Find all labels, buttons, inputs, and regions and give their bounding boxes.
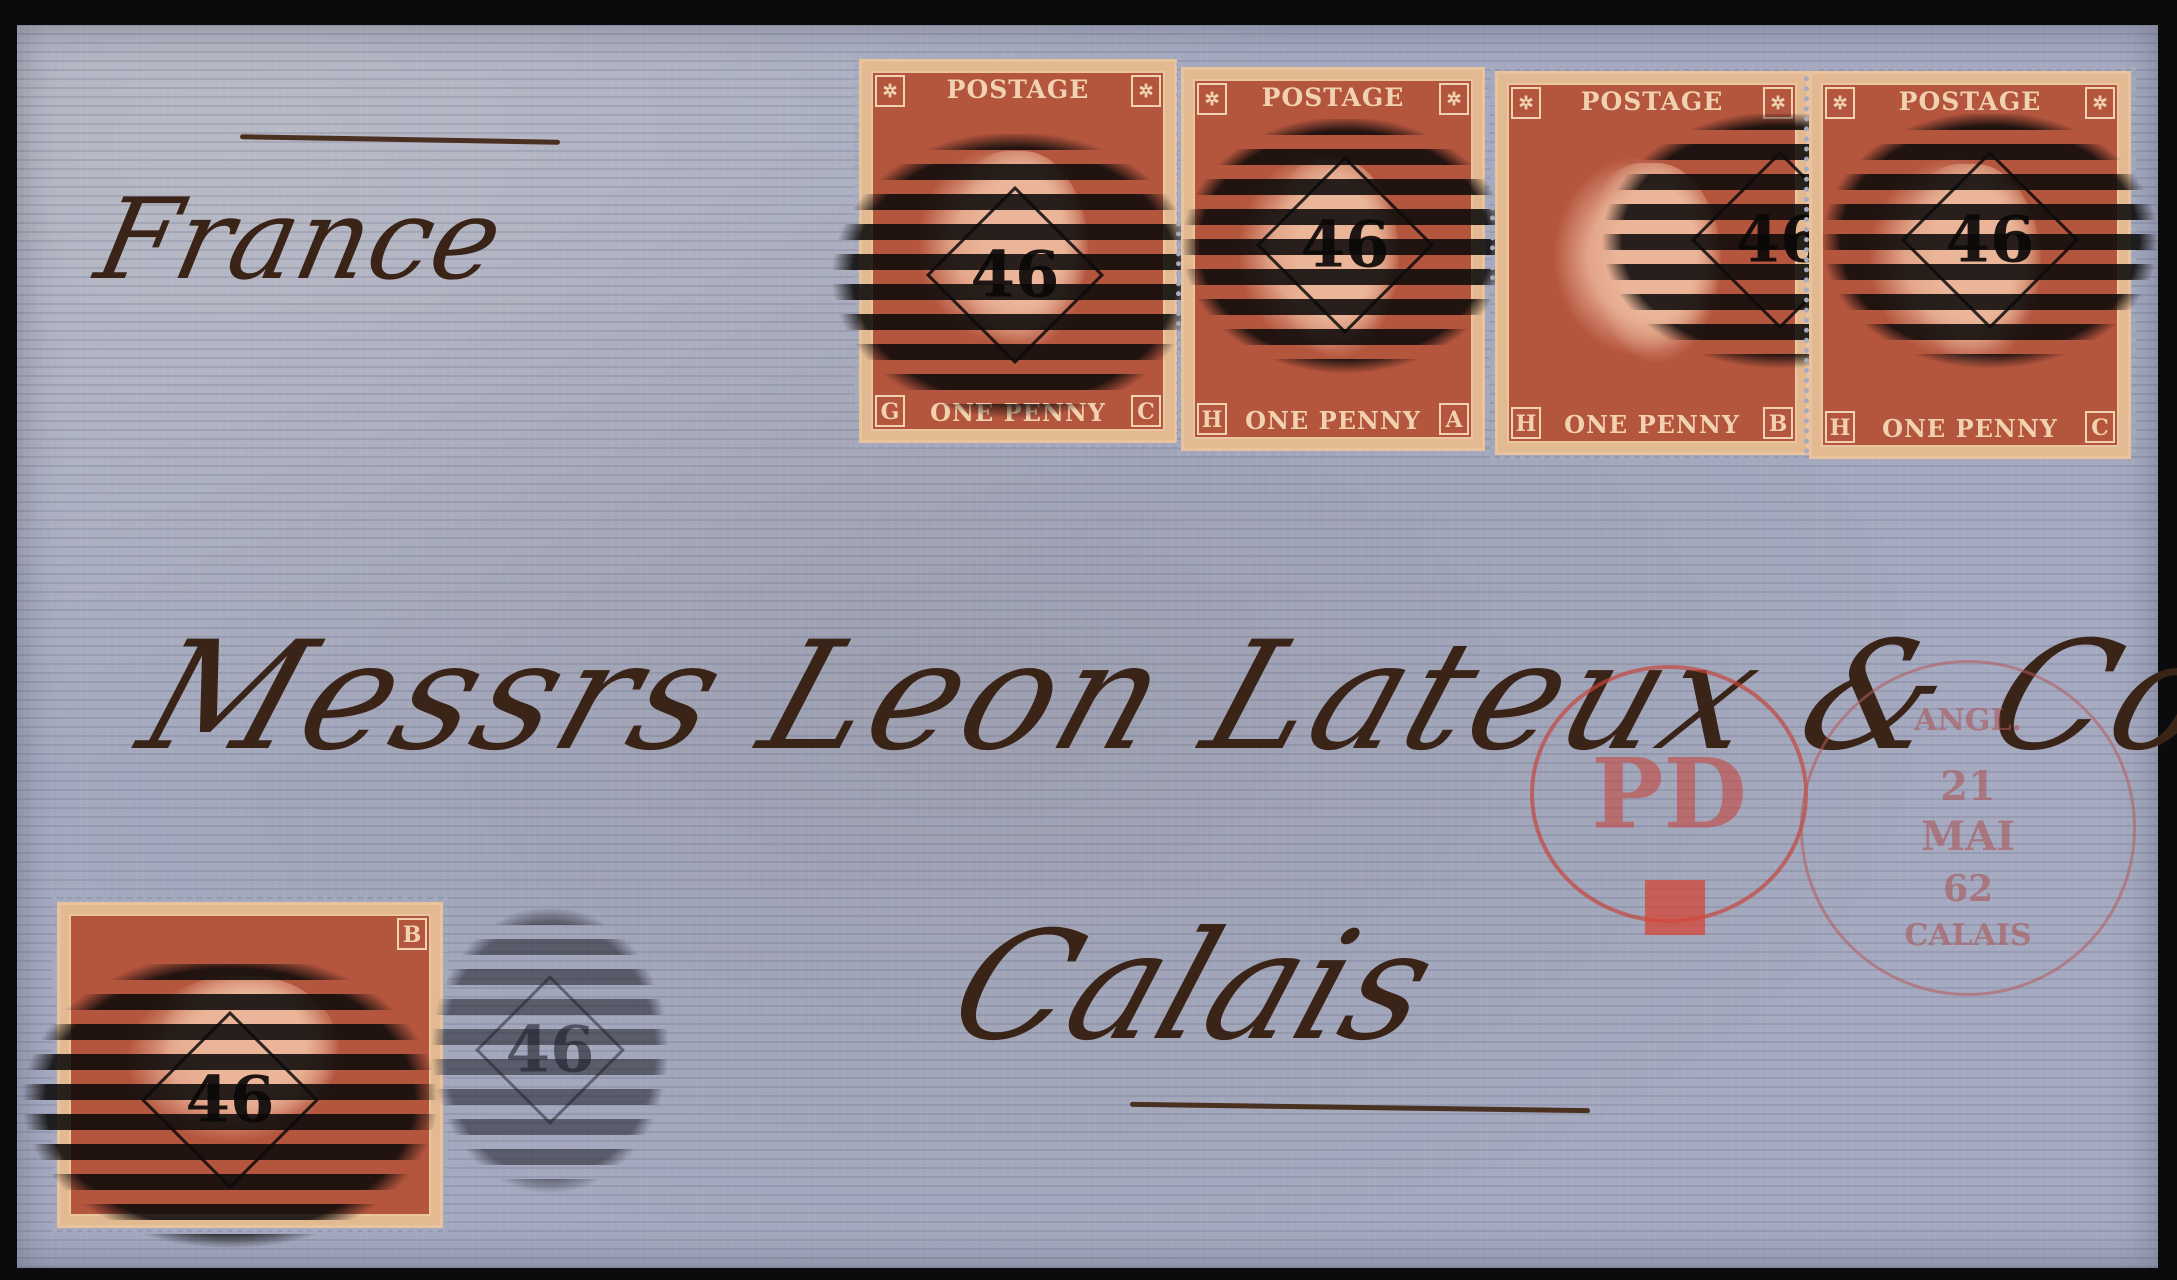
stamp-body: ✲ ✲ POSTAGE ONE PENNY H A (1193, 79, 1473, 439)
corner-letter-left: G (875, 395, 905, 427)
stamp-value-label: ONE PENNY (873, 398, 1163, 427)
datestamp-town: CALAIS (1803, 918, 2133, 953)
datestamp-line1: ANGL. (1803, 703, 2133, 738)
corner-letter-right: C (1131, 395, 1161, 427)
corner-letter-left: H (1197, 403, 1227, 435)
stamp-body: ✲ ✲ POSTAGE ONE PENNY H C (1821, 83, 2119, 447)
destination-city: Calais (932, 900, 1455, 1074)
stamp-1: ✲ ✲ POSTAGE ONE PENNY G C (862, 62, 1174, 440)
queen-profile (1894, 164, 2041, 387)
stamp-value-label: ONE PENNY (1195, 406, 1471, 435)
queen-profile (943, 151, 1088, 372)
datestamp-month: MAI (1803, 813, 2133, 860)
stamp-body: B (69, 914, 431, 1216)
queen-profile (1261, 159, 1399, 380)
stamp-value-label: ONE PENNY (1509, 410, 1795, 439)
stamp-postage-label: POSTAGE (1823, 87, 2117, 116)
stamp-2: ✲ ✲ POSTAGE ONE PENNY H A (1184, 70, 1482, 448)
corner-letter: B (397, 918, 427, 950)
pd-text: PD (1534, 738, 1804, 851)
corner-letter-right: B (1763, 407, 1793, 439)
stamp-3: ✲ ✲ POSTAGE ONE PENNY H B (1498, 74, 1806, 452)
corner-letter-right: A (1439, 403, 1469, 435)
queen-profile (1578, 163, 1721, 384)
corner-letter-left: H (1511, 407, 1541, 439)
red-ink-mark (1645, 880, 1705, 935)
stamp-postage-label: POSTAGE (1195, 83, 1471, 112)
datestamp-year: 62 (1803, 868, 2133, 910)
corner-letter-left: H (1825, 411, 1855, 443)
queen-profile (143, 976, 340, 1140)
destination-country: France (86, 175, 513, 305)
stamp-body: ✲ ✲ POSTAGE ONE PENNY H B (1507, 83, 1797, 443)
calais-datestamp: ANGL. 21 MAI 62 CALAIS (1800, 660, 2136, 996)
stamp-4: ✲ ✲ POSTAGE ONE PENNY H C (1812, 74, 2128, 456)
stamp-body: ✲ ✲ POSTAGE ONE PENNY G C (871, 71, 1165, 431)
lower-stamp: B (60, 905, 440, 1225)
stamp-value-label: ONE PENNY (1823, 414, 2117, 443)
datestamp-day: 21 (1803, 763, 2133, 810)
corner-letter-right: C (2085, 411, 2115, 443)
stamp-postage-label: POSTAGE (1509, 87, 1795, 116)
stamp-postage-label: POSTAGE (873, 75, 1163, 104)
